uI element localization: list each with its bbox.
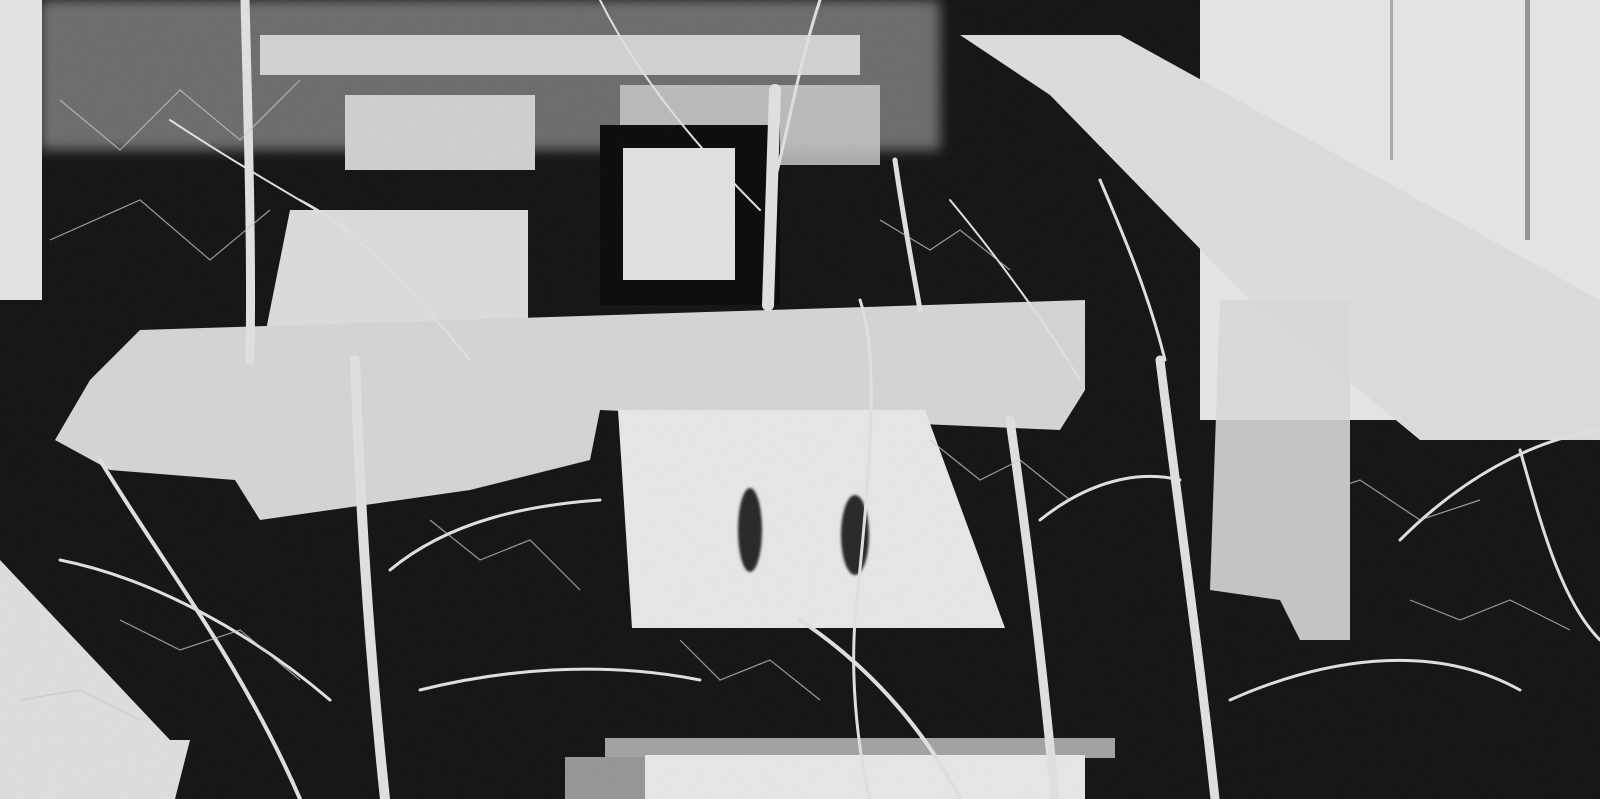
film-grain: [0, 0, 1600, 799]
inverted-house-photograph: [0, 0, 1600, 799]
